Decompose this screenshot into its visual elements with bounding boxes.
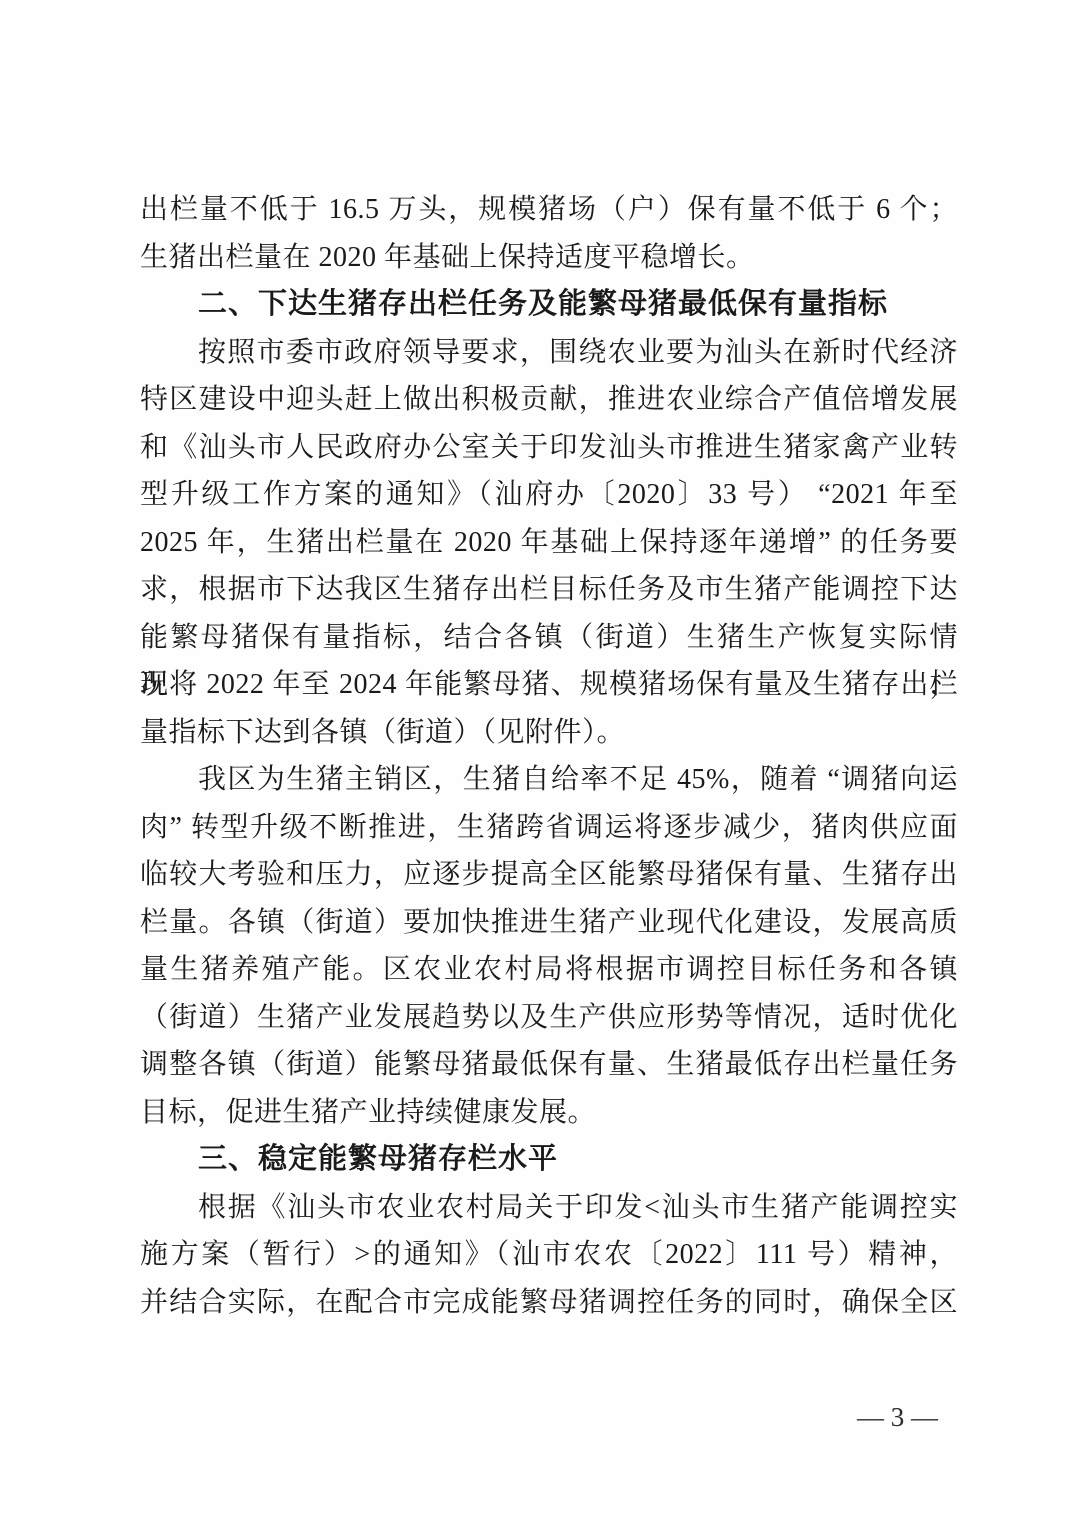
paragraph-line: 栏量。各镇（街道）要加快推进生猪产业现代化建设，发展高质 [140, 899, 958, 947]
section-heading-3: 三、稳定能繁母猪存栏水平 [140, 1136, 958, 1184]
paragraph-line: 我区为生猪主销区，生猪自给率不足 45%，随着 “调猪向运 [140, 756, 958, 804]
page-number: — 3 — [857, 1402, 938, 1432]
paragraph-line: 出栏量不低于 16.5 万头，规模猪场（户）保有量不低于 6 个； [140, 186, 958, 234]
paragraph-line: 量生猪养殖产能。区农业农村局将根据市调控目标任务和各镇 [140, 946, 958, 994]
paragraph-line: 和《汕头市人民政府办公室关于印发汕头市推进生猪家禽产业转 [140, 424, 958, 472]
document-page: 出栏量不低于 16.5 万头，规模猪场（户）保有量不低于 6 个； 生猪出栏量在… [0, 0, 1080, 1527]
paragraph-line: 肉” 转型升级不断推进，生猪跨省调运将逐步减少，猪肉供应面 [140, 804, 958, 852]
paragraph-line: 临较大考验和压力，应逐步提高全区能繁母猪保有量、生猪存出 [140, 851, 958, 899]
paragraph-line: 能繁母猪保有量指标，结合各镇（街道）生猪生产恢复实际情况， [140, 614, 958, 662]
paragraph-line: 按照市委市政府领导要求，围绕农业要为汕头在新时代经济 [140, 329, 958, 377]
paragraph-line: 调整各镇（街道）能繁母猪最低保有量、生猪最低存出栏量任务 [140, 1041, 958, 1089]
paragraph-line: 生猪出栏量在 2020 年基础上保持适度平稳增长。 [140, 234, 958, 282]
paragraph-line: 并结合实际，在配合市完成能繁母猪调控任务的同时，确保全区 [140, 1279, 958, 1327]
paragraph-line: 量指标下达到各镇（街道）（见附件）。 [140, 709, 958, 757]
paragraph-line: 根据《汕头市农业农村局关于印发<汕头市生猪产能调控实 [140, 1184, 958, 1232]
paragraph-line: （街道）生猪产业发展趋势以及生产供应形势等情况，适时优化 [140, 994, 958, 1042]
paragraph-line: 求，根据市下达我区生猪存出栏目标任务及市生猪产能调控下达 [140, 566, 958, 614]
section-heading-2: 二、下达生猪存出栏任务及能繁母猪最低保有量指标 [140, 281, 958, 329]
paragraph-line: 现将 2022 年至 2024 年能繁母猪、规模猪场保有量及生猪存出栏 [140, 661, 958, 709]
paragraph-line: 型升级工作方案的通知》（汕府办〔2020〕33 号） “2021 年至 [140, 471, 958, 519]
document-content: 出栏量不低于 16.5 万头，规模猪场（户）保有量不低于 6 个； 生猪出栏量在… [140, 186, 958, 1326]
paragraph-line: 特区建设中迎头赶上做出积极贡献，推进农业综合产值倍增发展 [140, 376, 958, 424]
paragraph-line: 2025 年，生猪出栏量在 2020 年基础上保持逐年递增” 的任务要 [140, 519, 958, 567]
page-footer: — 3 — [857, 1400, 938, 1434]
paragraph-line: 施方案（暂行）>的通知》（汕市农农〔2022〕111 号）精神， [140, 1231, 958, 1279]
paragraph-line: 目标，促进生猪产业持续健康发展。 [140, 1089, 958, 1137]
